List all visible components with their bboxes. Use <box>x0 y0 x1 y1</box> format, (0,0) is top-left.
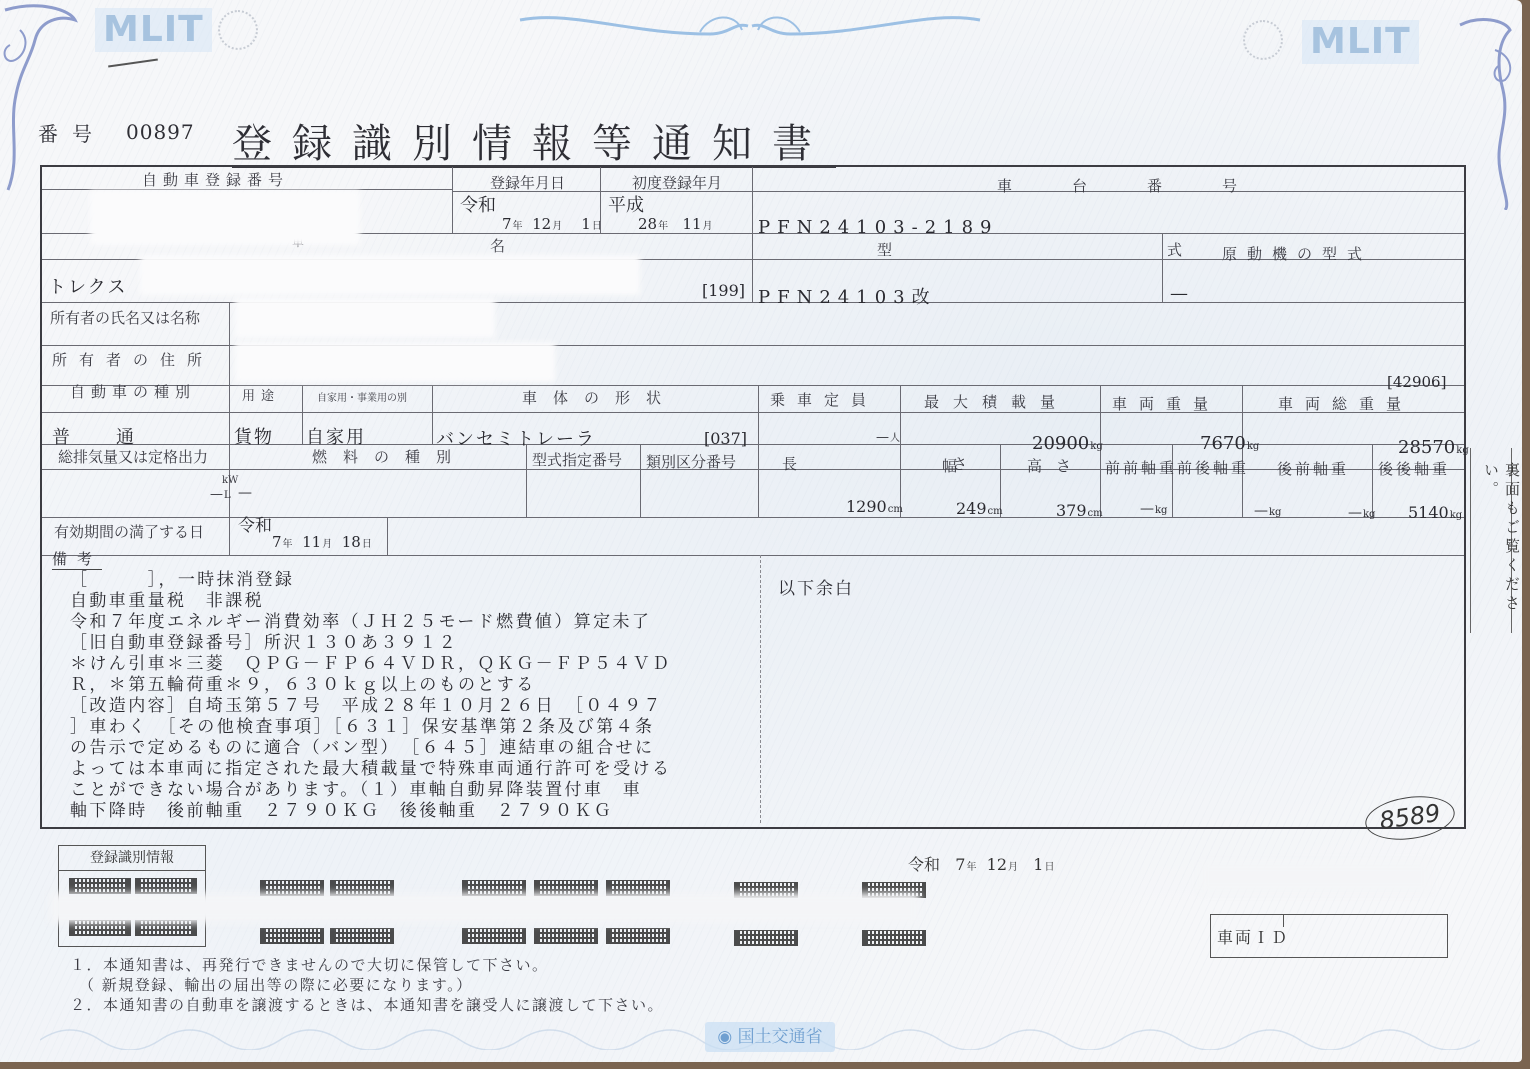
fr-axle-label: 前後軸重 <box>1177 457 1249 478</box>
weight-label: 車両重量 <box>1112 393 1220 414</box>
remarks-line: ］車わく ［その他検査事項］［６３１］保安基準第２条及び第４条 <box>70 717 671 738</box>
remarks-line: ［ ］，一時抹消登録 <box>70 570 671 591</box>
remarks-line: ［改造内容］自埼玉第５７号 平成２８年１０月２６日 ［０４９７ <box>70 696 671 717</box>
chassis-number: PFN24103-2189 <box>758 217 999 238</box>
owner-address-label: 所有者の住所 <box>52 349 214 370</box>
height-value: 379cm <box>1056 501 1103 520</box>
vehicle-kind-label: 自動車の種別 <box>70 381 196 402</box>
redacted-reg-number <box>90 190 360 245</box>
redacted-area <box>140 255 640 295</box>
engine-model-label: 原動機の型式 <box>1222 243 1372 264</box>
capacity-label: 乗車定員 <box>770 389 878 410</box>
ref-code: [42906] <box>1387 373 1446 391</box>
car-name-label-2: 名 <box>490 235 505 256</box>
vehicle-weight: 7670kg <box>1200 433 1259 454</box>
remarks-line: ［旧自動車登録番号］所沢１３０あ３９１２ <box>70 633 671 654</box>
category-number-label: 類別区分番号 <box>646 451 736 472</box>
redacted-reg-info <box>50 893 920 923</box>
qr-code-icon <box>260 928 324 944</box>
footer-notes: １．本通知書は、再発行できませんので大切に保管して下さい。 （ 新規登録、輸出の… <box>70 955 664 1015</box>
qr-code-icon <box>606 928 670 944</box>
ff-axle: —kg <box>1140 501 1167 517</box>
qr-code-icon <box>862 930 926 946</box>
reg-info-label: 登録識別情報 <box>59 846 205 871</box>
first-reg-value: 28年 11月 <box>638 215 713 233</box>
gross-weight: 28570kg <box>1398 437 1469 458</box>
qr-code-icon <box>462 928 526 944</box>
remarks-divider <box>760 555 761 823</box>
vehicle-id-label: 車両ＩＤ <box>1217 925 1289 948</box>
ministry-name: 国土交通省 <box>738 1027 823 1047</box>
car-name: トレクス <box>48 273 127 299</box>
engine-model: — <box>1170 283 1188 304</box>
remarks-line: 軸下降時 後前軸重 ２７９０ＫＧ 後後軸重 ２７９０ＫＧ <box>70 801 671 822</box>
chassis-label: 車台番号 <box>997 175 1297 196</box>
ff-axle-label: 前前軸重 <box>1105 457 1177 478</box>
max-load: 20900kg <box>1032 433 1103 454</box>
car-name-code: [199] <box>702 281 745 300</box>
usage-label: 用途 <box>242 385 280 404</box>
remarks-line: Ｒ，＊第五輪荷重＊９，６３０ｋｇ以上のものとする <box>70 675 671 696</box>
width-value: 249cm <box>956 499 1003 518</box>
first-reg-era: 平成 <box>608 191 644 217</box>
length-label: 長 さ <box>782 453 1037 474</box>
expiry-date: 7年 11月 18日 <box>272 533 372 551</box>
height-label: 高さ <box>1027 455 1085 476</box>
remarks-right-text: 以下余白 <box>778 574 854 599</box>
rf-axle: —kg <box>1348 505 1375 521</box>
reg-number-label: 自動車登録番号 <box>142 169 289 190</box>
rf-axle-label: 後前軸重 <box>1277 458 1349 479</box>
document-paper: MLIT MLIT 番号 00897 登録識別情報等通知書 <box>0 0 1522 1062</box>
remarks-label: 備考 <box>52 548 102 570</box>
remarks-line: ことができない場合があります。（１）車軸自動昇降装置付車 車 <box>70 780 671 801</box>
remarks-line: 令和７年度エネルギー消費効率（ＪＨ２５モード燃費値）算定未了 <box>70 612 671 633</box>
qr-code-icon <box>135 878 197 894</box>
qr-code-icon <box>69 878 131 894</box>
vehicle-id-box: 車両ＩＤ <box>1210 914 1448 958</box>
reg-date-label: 登録年月日 <box>490 172 565 193</box>
fuel: — <box>238 485 252 501</box>
remarks-line: の告示で定めるものに適合（バン型） ［６４５］連結車の組合せに <box>70 738 671 759</box>
max-load-label: 最大積載量 <box>924 391 1069 412</box>
body-shape-label: 車体の形状 <box>522 387 677 408</box>
rr-axle-label: 後後軸重 <box>1378 458 1450 479</box>
mlit-logo-watermark: MLIT <box>95 8 212 52</box>
issue-date: 令和 7年 12月 1日 <box>908 852 1054 875</box>
first-reg-label: 初度登録年月 <box>632 172 722 193</box>
reg-date-value: 7年 12月 1日 <box>502 215 602 233</box>
reg-date-era: 令和 <box>460 191 496 217</box>
emblem-icon <box>218 10 258 50</box>
note-line: １．本通知書は、再発行できませんので大切に保管して下さい。 <box>70 955 664 975</box>
doc-number: 00897 <box>126 120 195 144</box>
pen-mark <box>108 59 158 68</box>
ministry-emblem-icon: ◉ <box>717 1027 737 1047</box>
redacted-owner-name <box>235 298 495 338</box>
model: PFN24103改 <box>758 283 937 309</box>
rr-axle: 5140kg <box>1408 503 1462 522</box>
side-note: 裏面もご覧ください。 <box>1481 462 1523 633</box>
top-ornament-icon <box>510 4 990 48</box>
owner-name-label: 所有者の氏名又は名称 <box>50 307 200 328</box>
length: 1290cm <box>846 497 903 516</box>
qr-code-icon <box>330 928 394 944</box>
remarks-line: ＊けん引車＊三菱 ＱＰＧ－ＦＰ６４ＶＤＲ，ＱＫＧ－ＦＰ５４ＶＤ <box>70 654 671 675</box>
displacement-label: 総排気量又は定格出力 <box>58 446 208 467</box>
mlit-logo-watermark-right: MLIT <box>1302 20 1419 64</box>
usage: 貨物 <box>234 423 274 449</box>
remarks-line: 自動車重量税 非課税 <box>70 591 671 612</box>
private-business-label: 自家用・事業用の別 <box>317 389 407 404</box>
fr-axle: —kg <box>1254 503 1281 519</box>
emblem-icon-right <box>1243 20 1283 60</box>
side-note-box: 裏面もご覧ください。 <box>1470 448 1512 633</box>
expiry-era: 令和 <box>238 511 272 536</box>
remarks-line: よっては本車両に指定された最大積載量で特殊車両通行許可を受ける <box>70 759 671 780</box>
gross-weight-label: 車両総重量 <box>1278 393 1413 414</box>
redacted-issuer <box>1200 862 1430 892</box>
displacement-value: —L <box>210 487 231 502</box>
qr-code-icon <box>534 928 598 944</box>
doc-number-label: 番号 <box>38 118 106 147</box>
remarks-text: ［ ］，一時抹消登録 自動車重量税 非課税 令和７年度エネルギー消費効率（ＪＨ２… <box>70 570 671 822</box>
page-title: 登録識別情報等通知書 <box>232 122 836 168</box>
fuel-label: 燃料の種別 <box>312 446 467 467</box>
body-shape-code: [037] <box>704 429 747 448</box>
expiry-label: 有効期間の満了する日 <box>54 521 204 542</box>
ministry-logo: ◉ 国土交通省 <box>705 1022 835 1052</box>
type-designation-label: 型式指定番号 <box>532 449 622 470</box>
redacted-owner-address <box>235 342 555 382</box>
qr-code-icon <box>734 930 798 946</box>
capacity: —人 <box>876 429 900 445</box>
note-line: （ 新規登録、輸出の届出等の際に必要になります。） <box>70 975 664 995</box>
displacement-kw-unit: kW <box>222 475 238 486</box>
width-label: 幅 <box>942 455 963 476</box>
